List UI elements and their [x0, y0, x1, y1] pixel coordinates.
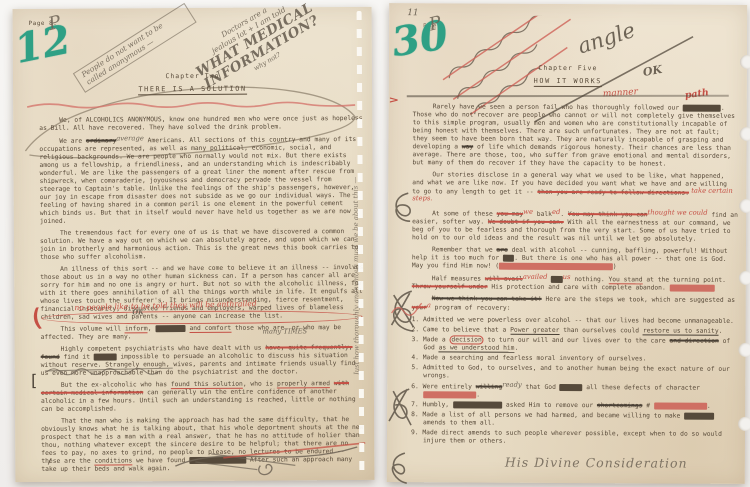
typed-paragraph: The tremendous fact for every one of us … [40, 228, 364, 262]
manuscript-page-right: 11 Page 30 P angle OK manner path Chapte… [387, 3, 748, 484]
typed-paragraph: But the ex-alcoholic who has found this … [41, 380, 365, 414]
red-margin-scribble [390, 299, 424, 319]
typed-paragraph: We are ordinaryaverage Americans. All se… [39, 135, 364, 226]
typed-paragraph: We, of ALCOHOLICS ANONYMOUS, know one hu… [39, 115, 363, 133]
typed-text-right: Rarely have we seen a person fail who ha… [411, 103, 739, 449]
step-item: 2. Came to believe that a Power greater … [412, 326, 738, 336]
chapter-title-text: HOW IT WORKS [534, 77, 602, 87]
step-item: 1. Admitted we were powerless over alcoh… [412, 316, 738, 326]
step-item: 3. Made a decision to turn our will and … [411, 336, 737, 354]
typed-paragraph: Our stories disclose in a general way wh… [412, 171, 738, 207]
typed-paragraph: Remember that we are deal with alcohol -… [412, 246, 738, 272]
typed-text-left: We, of ALCOHOLICS ANONYMOUS, know one hu… [39, 115, 365, 478]
pencil-margin-scribble [387, 451, 413, 485]
pencil-margin-scribble [388, 189, 416, 225]
manuscript-photo: Page 8. 12 P People do not want to be ca… [0, 0, 750, 487]
chapter-title-text: THERE IS A SOLUTION [138, 85, 246, 96]
pencil-margin-scribble [387, 387, 415, 429]
torn-binder-hole [739, 199, 750, 213]
torn-binder-hole [739, 271, 750, 285]
step-item: 4. Made a searching and fearless moral i… [411, 354, 737, 364]
red-margin-arrow: > [389, 95, 398, 106]
pencil-bottom-note: His Divine Consideration [505, 455, 688, 471]
margin-bracket-mark: [ [29, 371, 39, 390]
bottom-slash-mark: / [47, 457, 52, 466]
torn-binder-hole [738, 417, 750, 431]
step-item: 9. Made direct amends to such people whe… [411, 429, 737, 447]
torn-binder-hole [738, 343, 750, 357]
step-item: 7. Humbly, on our knees, asked Him to re… [411, 401, 737, 411]
step-item: 5. Admitted to God, to ourselves, and to… [411, 364, 737, 382]
manuscript-page-left: Page 8. 12 P People do not want to be ca… [13, 7, 375, 482]
pencil-insert-many-times: many TIMES [263, 327, 308, 335]
pencil-scribble-crossed [45, 364, 175, 377]
typed-paragraph: Half measures will availavailed youus no… [412, 274, 738, 293]
typed-paragraph: This volume will inform, instruct and co… [40, 324, 364, 342]
typed-paragraph: At some of these you maywe balked. You m… [412, 209, 738, 244]
typed-paragraph: Rarely have we seen a person fail who ha… [412, 103, 738, 169]
step-item: 8. Made a list of all persons we had har… [411, 411, 737, 429]
torn-binder-hole [740, 127, 750, 141]
pencil-flourish-scribble [165, 433, 367, 478]
ok-mark: OK [132, 308, 143, 316]
typed-paragraph: Now we think you can take it! Here are t… [412, 295, 738, 314]
step-item: 6. Were entirely willingready that God r… [411, 382, 737, 401]
